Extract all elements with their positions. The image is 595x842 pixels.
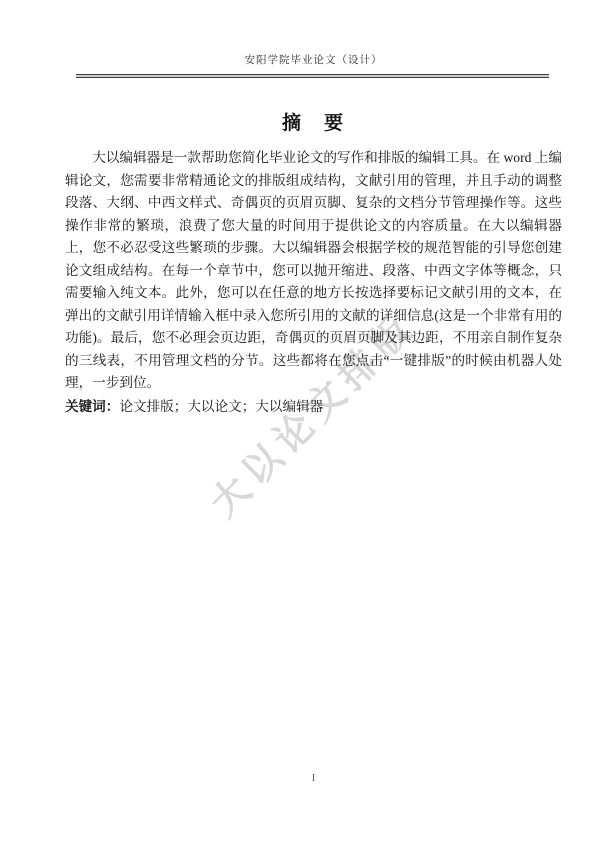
keywords-label: 关键词： — [65, 399, 119, 414]
page-number: I — [312, 773, 315, 784]
header-title: 安阳学院毕业论文（设计） — [65, 52, 562, 67]
document-page: 安阳学院毕业论文（设计） 大以论文排版 摘 要 大以编辑器是一款帮助您简化毕业论… — [0, 0, 595, 842]
abstract-title: 摘 要 — [65, 108, 562, 135]
header-double-rule — [76, 74, 549, 78]
keywords-line: 关键词：论文排版；大以论文；大以编辑器 — [65, 396, 562, 419]
page-footer: I — [65, 768, 562, 786]
keywords-value: 论文排版；大以论文；大以编辑器 — [119, 399, 323, 414]
abstract-paragraph: 大以编辑器是一款帮助您简化毕业论文的写作和排版的编辑工具。在 word 上编辑论… — [65, 147, 562, 395]
